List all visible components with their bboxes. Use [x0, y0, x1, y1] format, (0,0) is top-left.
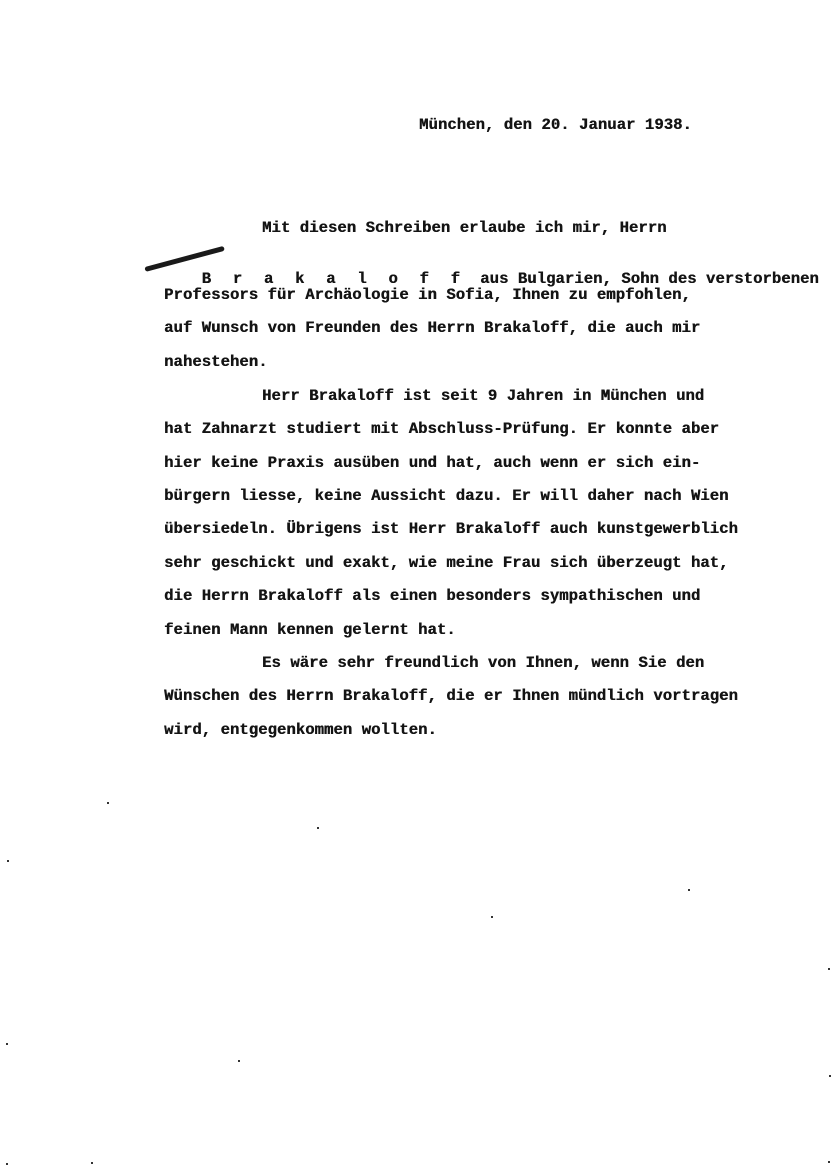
paragraph-1-line-4: auf Wunsch von Freunden des Herrn Brakal…: [164, 319, 700, 337]
scan-speck: [317, 827, 319, 829]
scan-speck: [91, 1162, 93, 1164]
scan-speck: [7, 860, 9, 862]
paragraph-2-line-3: hier keine Praxis ausüben und hat, auch …: [164, 454, 700, 472]
scan-speck: [829, 1075, 831, 1077]
scan-speck: [688, 889, 690, 891]
scan-speck: [6, 1043, 8, 1045]
letter-page: München, den 20. Januar 1938. Mit diesen…: [0, 0, 834, 1169]
paragraph-1-line-3: Professors für Archäologie in Sofia, Ihn…: [164, 286, 691, 304]
paragraph-3-line-1: Es wäre sehr freundlich von Ihnen, wenn …: [262, 654, 704, 672]
scan-speck: [6, 1163, 8, 1165]
paragraph-2-line-8: feinen Mann kennen gelernt hat.: [164, 621, 456, 639]
paragraph-3-line-3: wird, entgegenkommen wollten.: [164, 721, 437, 739]
paragraph-2-line-4: bürgern liesse, keine Aussicht dazu. Er …: [164, 487, 728, 505]
scan-speck: [828, 1161, 830, 1163]
paragraph-2-line-6: sehr geschickt und exakt, wie meine Frau…: [164, 554, 728, 572]
paragraph-2-line-5: übersiedeln. Übrigens ist Herr Brakaloff…: [164, 520, 738, 538]
paragraph-1-line-5: nahestehen.: [164, 353, 268, 371]
paragraph-2-line-2: hat Zahnarzt studiert mit Abschluss-Prüf…: [164, 420, 719, 438]
scan-speck: [107, 802, 109, 804]
dateline: München, den 20. Januar 1938.: [419, 116, 692, 134]
scan-speck: [828, 968, 830, 970]
paragraph-3-line-2: Wünschen des Herrn Brakaloff, die er Ihn…: [164, 687, 738, 705]
paragraph-1-line-1: Mit diesen Schreiben erlaube ich mir, He…: [262, 219, 667, 237]
paragraph-2-line-7: die Herrn Brakaloff als einen besonders …: [164, 587, 700, 605]
paragraph-2-line-1: Herr Brakaloff ist seit 9 Jahren in Münc…: [262, 387, 704, 405]
scan-speck: [491, 916, 493, 918]
scan-speck: [238, 1060, 240, 1062]
